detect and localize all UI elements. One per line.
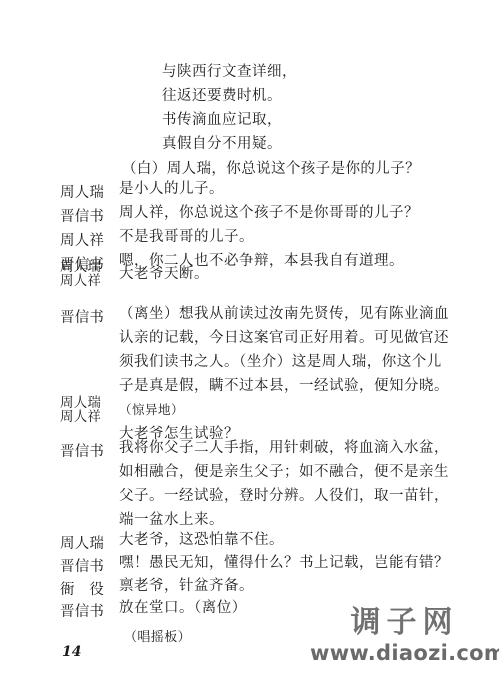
speaker-pair: 周人瑞 周人祥 bbox=[60, 396, 101, 424]
speech-line: 子是真是假，瞒不过本县，一经试验，便知分晓。 bbox=[119, 374, 449, 398]
speaker-name: 晋信书 bbox=[60, 440, 104, 461]
speech-text: 不是我哥哥的儿子。 bbox=[119, 225, 254, 249]
speech-line: 不是我哥哥的儿子。 bbox=[119, 225, 254, 249]
verse-line-2: 往返还要费时机。 bbox=[162, 84, 282, 105]
speech-line: 嘿！愚民无知，懂得什么？书上记载，岂能有错？ bbox=[119, 551, 449, 575]
speech-text: 禀老爷，针盆齐备。 bbox=[119, 574, 254, 598]
speech-line: 父子。一经试验，登时分辨。人役们，取一苗针， bbox=[119, 484, 449, 508]
speaker-name: 衙 役 bbox=[60, 578, 104, 599]
speech-text: 放在堂口。（离位） bbox=[119, 596, 247, 620]
script-page: 与陕西行文查详细， 往返还要费时机。 书传滴血应记取， 真假自分不用疑。 （白）… bbox=[0, 0, 499, 690]
speech-line: 周人祥，你总说这个孩子不是你哥哥的儿子？ bbox=[119, 201, 419, 225]
speech-text: 我将你父子二人手指，用针刺破，将血滴入水盆， 如相融合，便是亲生父子；如不融合，… bbox=[119, 436, 449, 532]
speech-text: 大老爷天断。 bbox=[119, 262, 209, 286]
speaker-name: 周人祥 bbox=[60, 410, 101, 424]
page-number: 14 bbox=[62, 644, 81, 660]
speech-line: 是小人的儿子。 bbox=[119, 177, 224, 201]
speech-line: 放在堂口。（离位） bbox=[119, 596, 247, 620]
speech-line: （离坐）想我从前读过汝南先贤传，见有陈业滴血 bbox=[119, 302, 449, 326]
speaker-name: 周人瑞 bbox=[60, 532, 104, 553]
speaker-name: 晋信书 bbox=[60, 306, 104, 327]
speaker-name: 周人瑞 bbox=[60, 396, 101, 410]
speech-line: 认亲的记载，今日这案官司正好用着。可见做官还 bbox=[119, 326, 449, 350]
verse-line-1: 与陕西行文查详细， bbox=[162, 60, 297, 81]
speaker-name: 晋信书 bbox=[60, 205, 104, 226]
speech-text: 是小人的儿子。 bbox=[119, 177, 224, 201]
speaker-name: 周人瑞 bbox=[60, 181, 104, 202]
verse-line-3: 书传滴血应记取， bbox=[162, 108, 282, 129]
speech-line: 大老爷，这恐怕靠不住。 bbox=[119, 528, 284, 552]
speech-line: 我将你父子二人手指，用针刺破，将血滴入水盆， bbox=[119, 436, 449, 460]
speaker-name: 晋信书 bbox=[60, 600, 104, 621]
closing-stage-direction: （唱摇板） bbox=[124, 626, 191, 645]
watermark-title: 调子网 bbox=[310, 606, 499, 640]
speech-text: 大老爷，这恐怕靠不住。 bbox=[119, 528, 284, 552]
verse-line-4: 真假自分不用疑。 bbox=[162, 132, 282, 153]
aside-text: 周人瑞，你总说这个孩子是你的儿子？ bbox=[167, 161, 420, 177]
watermark: 调子网 www.diaozi.com bbox=[310, 606, 499, 666]
speaker-name: 周人祥 bbox=[60, 229, 104, 250]
speaker-name: 晋信书 bbox=[60, 555, 104, 576]
speaker-name: 周人祥 bbox=[60, 274, 101, 288]
watermark-url: www.diaozi.com bbox=[310, 640, 499, 666]
speech-line: 大老爷天断。 bbox=[119, 262, 209, 286]
speech-line: 禀老爷，针盆齐备。 bbox=[119, 574, 254, 598]
speech-line: 如相融合，便是亲生父子；如不融合，便不是亲生 bbox=[119, 460, 449, 484]
stage-direction: （白） bbox=[122, 161, 167, 177]
speaker-pair: 周人瑞 周人祥 bbox=[60, 260, 101, 288]
speech-text: （离坐）想我从前读过汝南先贤传，见有陈业滴血 认亲的记载，今日这案官司正好用着。… bbox=[119, 302, 449, 398]
speech-text: 嘿！愚民无知，懂得什么？书上记载，岂能有错？ bbox=[119, 551, 449, 575]
stage-direction: （惊异地） bbox=[119, 398, 239, 422]
speech-line: 须我们读书之人。（坐介）这是周人瑞，你这个儿 bbox=[119, 350, 449, 374]
speaker-name: 周人瑞 bbox=[60, 260, 101, 274]
aside-line: （白）周人瑞，你总说这个孩子是你的儿子？ bbox=[122, 157, 420, 178]
speech-text: 周人祥，你总说这个孩子不是你哥哥的儿子？ bbox=[119, 201, 419, 225]
